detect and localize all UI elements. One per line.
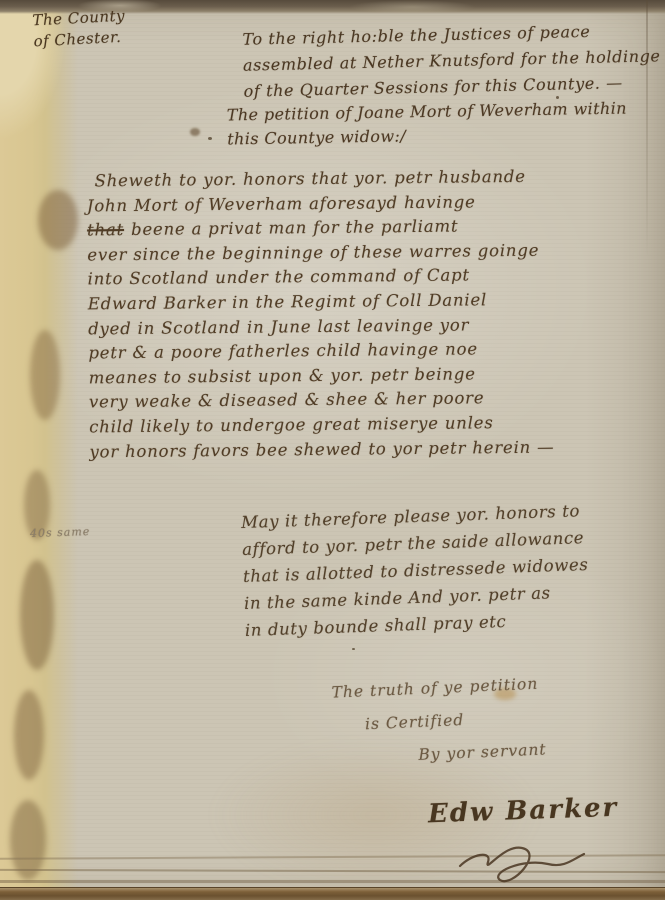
prayer-clause: May it therefore please yor. honors to a… <box>241 497 591 644</box>
petition-title: The petition of Joane Mort of Weverham w… <box>227 97 628 152</box>
edge-stain <box>14 690 44 780</box>
address-block: To the right ho:ble the Justices of peac… <box>242 17 661 104</box>
edge-stain <box>20 560 54 670</box>
body-line: Sheweth to yor. honors that yor. petr hu… <box>94 165 551 194</box>
struck-word: that <box>87 220 124 239</box>
paper-speck <box>208 137 212 140</box>
signature-flourish <box>452 836 602 896</box>
edge-stain <box>38 190 78 250</box>
county-heading: The County of Chester. <box>32 6 127 53</box>
body-line-text: beene a privat man for the parliamt <box>131 217 459 239</box>
clerk-margin-note: 40s same <box>30 525 91 540</box>
manuscript-page: The County of Chester. To the right ho:b… <box>0 0 665 900</box>
signature: Edw Barker <box>428 793 619 830</box>
certification-block: The truth of ye petition is Certified By… <box>331 667 547 775</box>
body-line: Edward Barker in the Regimt of Coll Dani… <box>88 288 553 317</box>
petition-body: Sheweth to yor. honors that yor. petr hu… <box>86 165 554 465</box>
ink-smudge <box>190 128 200 136</box>
body-line: yor honors favors bee shewed to yor petr… <box>89 435 554 464</box>
certification-line: By yor servant <box>418 733 548 772</box>
paper-speck <box>352 648 355 650</box>
county-heading-line: of Chester. <box>33 27 127 53</box>
edge-stain <box>30 330 60 420</box>
